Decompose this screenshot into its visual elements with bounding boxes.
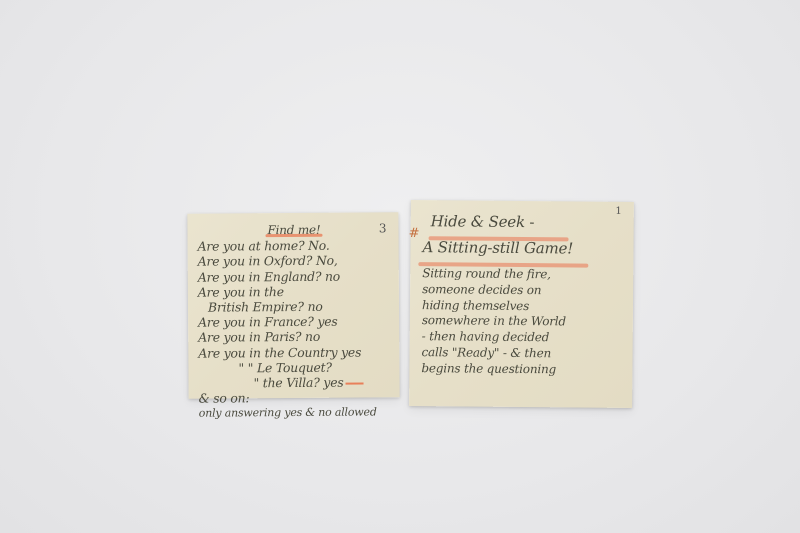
text-line: " the Villa? yes (198, 374, 391, 391)
text-line: somewhere in the World (422, 314, 623, 332)
text-line: hiding themselves (422, 298, 623, 316)
card-heading: Find me! (197, 222, 390, 239)
text-line: Are you in France? yes (198, 314, 391, 331)
text-line: & so on: (199, 390, 392, 407)
text-line: Are you in the (198, 283, 391, 300)
text-line: someone decides on (422, 282, 623, 300)
card-title: Hide & Seek - (423, 210, 624, 234)
text-line: calls "Ready" - & then (421, 345, 622, 363)
handwritten-card-left: 3 Find me! Are you at home? No. Are you … (187, 212, 399, 398)
pencil-underline (345, 382, 363, 384)
text-line: Are you in Oxford? No, (198, 253, 391, 270)
text-line: - then having decided (422, 329, 623, 347)
text-line: only answering yes & no allowed (199, 405, 392, 422)
text-line: Are you in Paris? no (198, 329, 391, 346)
heading-text: Find me! (267, 223, 320, 239)
text-line: British Empire? no (198, 298, 391, 315)
text-line: " " Le Touquet? (198, 359, 391, 376)
text-line: Are you in England? no (198, 268, 391, 285)
page-number: 3 (379, 221, 387, 235)
pencil-hash-mark: # (409, 226, 420, 241)
text-line: Are you at home? No. (198, 238, 391, 255)
card-body: Sitting round the fire, someone decides … (421, 266, 623, 378)
text-line: Are you in the Country yes (198, 344, 391, 361)
card-subtitle: A Sitting-still Game! (422, 236, 623, 260)
text-line: begins the questioning (421, 361, 622, 379)
text-fragment: " the Villa? yes (253, 375, 343, 391)
text-line: Sitting round the fire, (422, 266, 623, 284)
handwritten-card-right: 1 # Hide & Seek - A Sitting-still Game! … (409, 200, 634, 408)
